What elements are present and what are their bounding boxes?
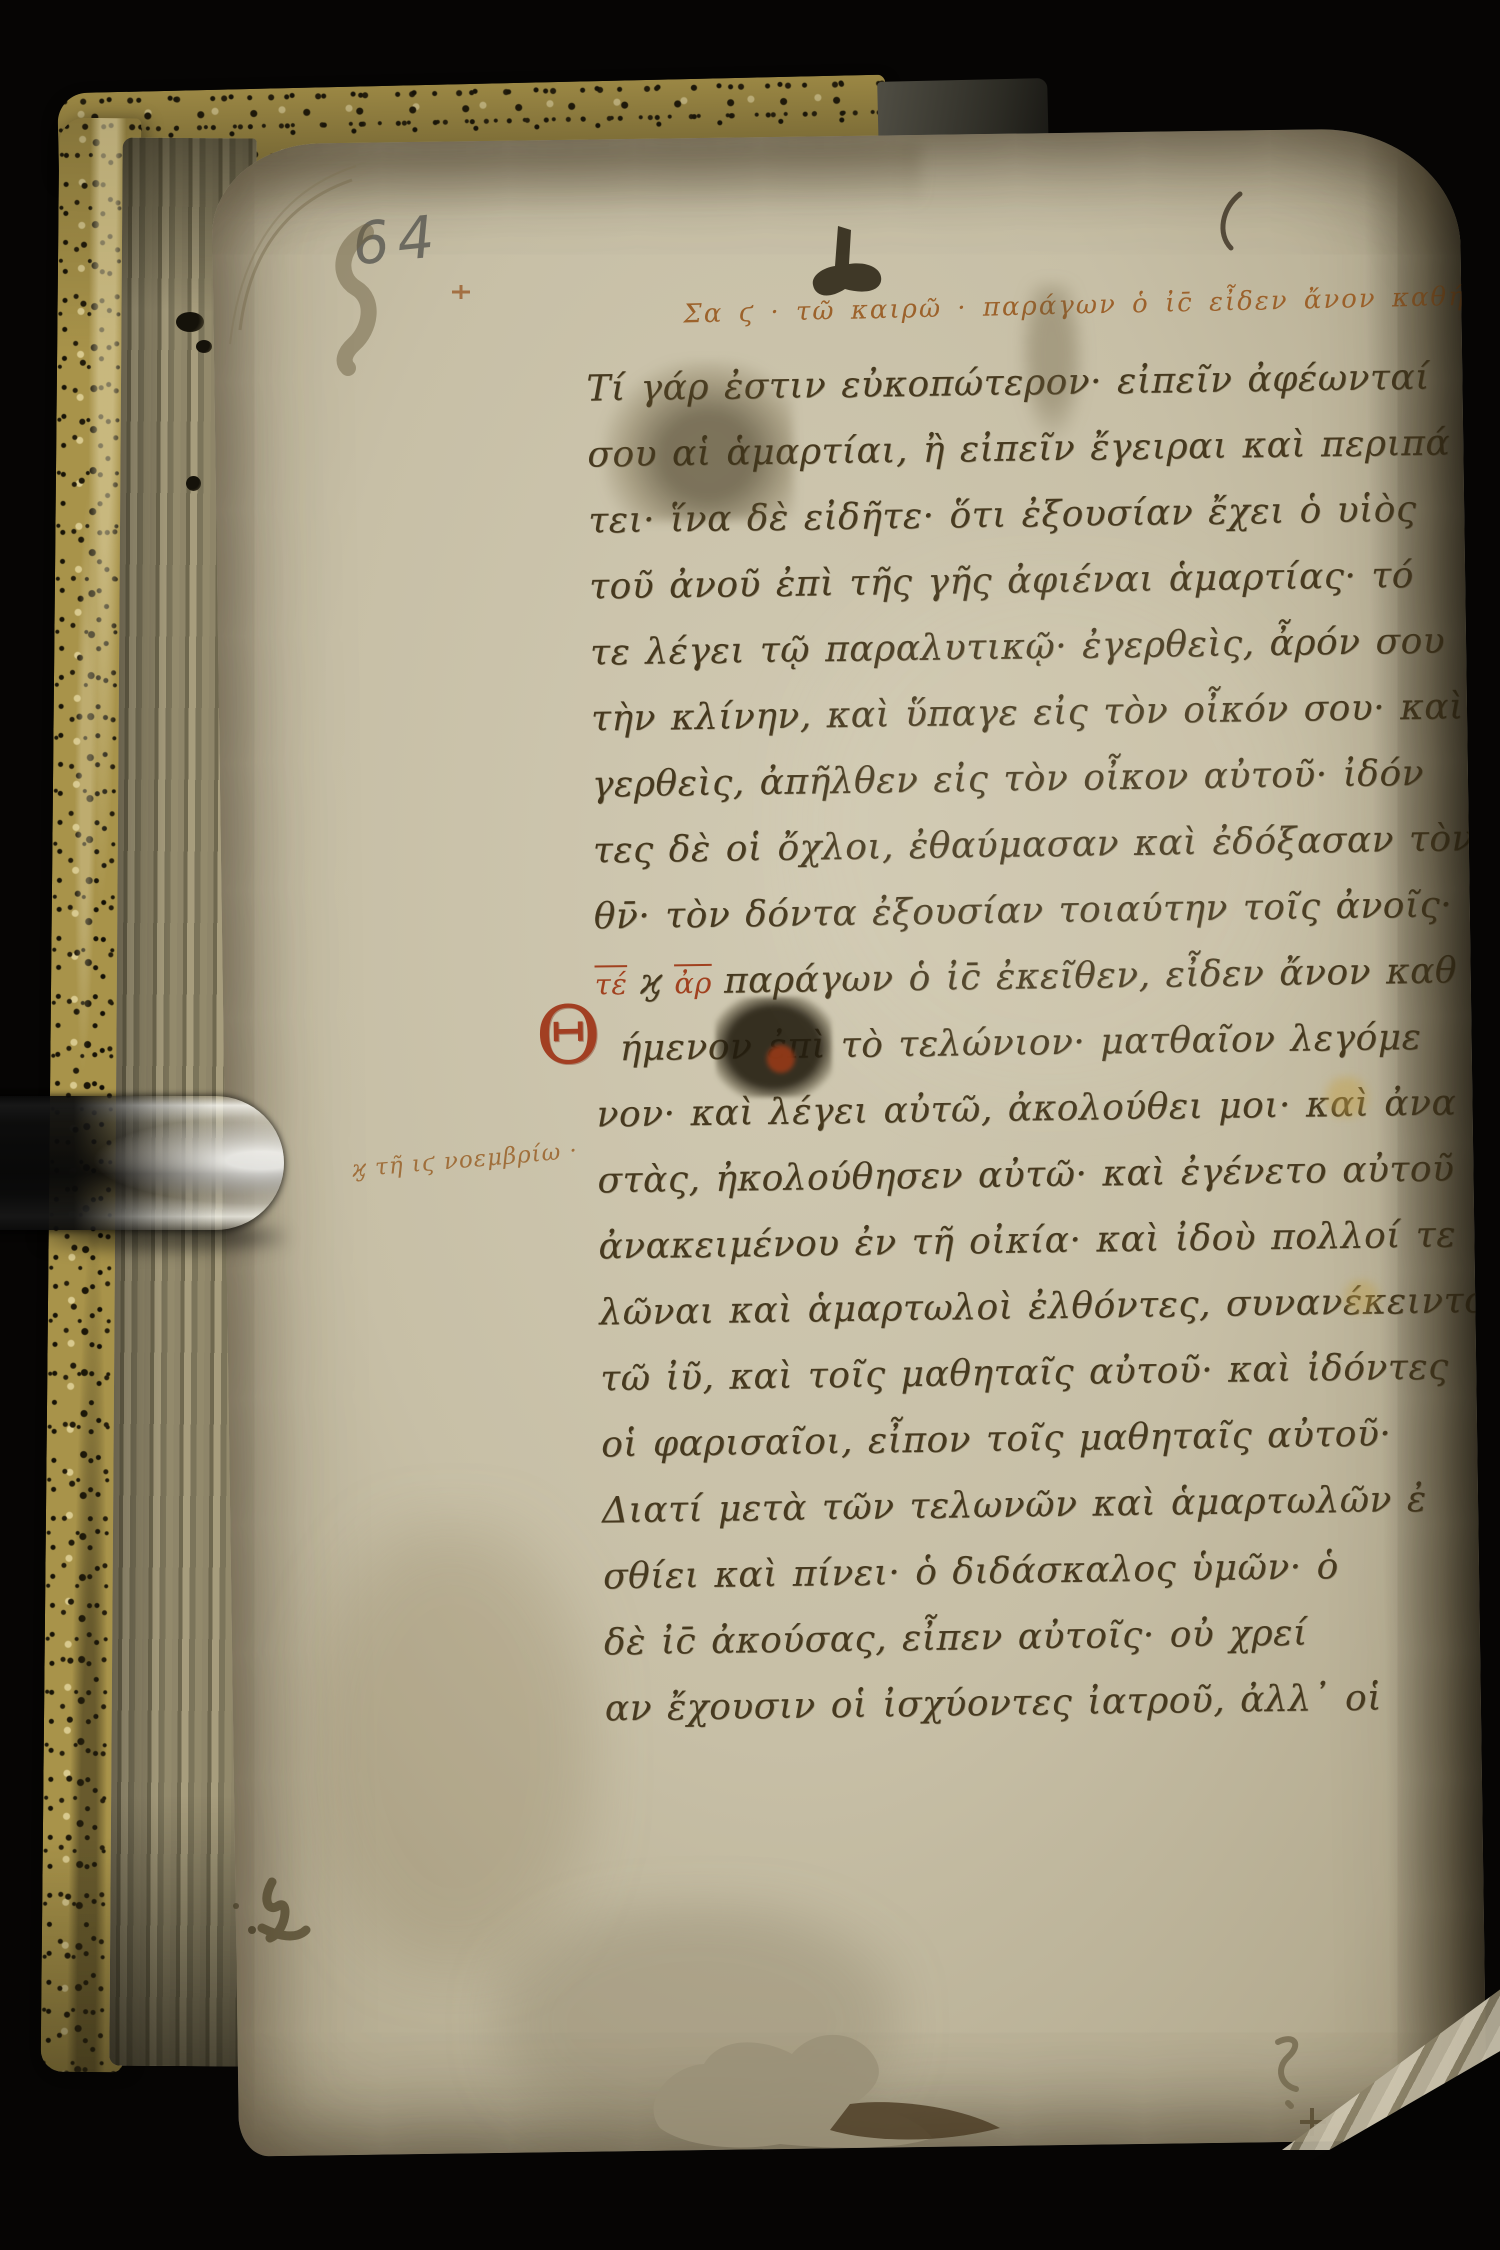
wormhole bbox=[186, 476, 201, 491]
photo-background: 64 Σα ϛ · τῶ καιρῶ · παράγων ὁ ἰϲ̄ εἶδεν… bbox=[0, 0, 1500, 2250]
text-line: στὰς, ἠκολούθησεν αὐτῶ· καὶ ἐγένετο αὐτο… bbox=[597, 1140, 1458, 1218]
gutter-shadow bbox=[1363, 127, 1487, 2140]
wormhole bbox=[176, 312, 204, 332]
arche-mark: ἀρ bbox=[674, 966, 712, 1001]
text-line: ήμενον ἐπὶ τὸ τελώνιον· ματθαῖον λεγόμε bbox=[619, 1007, 1480, 1085]
large-stain bbox=[300, 1510, 607, 1984]
text-line: δὲ ἰϲ̄ ἀκούσας, εἶπεν αὐτοῖς· οὐ χρεί bbox=[604, 1601, 1465, 1679]
text-line: σθίει καὶ πίνει· ὁ διδάσκαλος ὑμῶν· ὁ bbox=[603, 1535, 1464, 1613]
text-line: τοῦ ἀνοῦ ἐπὶ τῆς γῆς ἀφιέναι ἁμαρτίας· τ… bbox=[589, 546, 1450, 624]
kai-abbreviation: ϗ bbox=[639, 962, 663, 1003]
text-line: νον· καὶ λέγει αὐτῶ, ἀκολούθει μοι· καὶ … bbox=[596, 1074, 1457, 1152]
page-weight-rod bbox=[0, 1096, 284, 1230]
line-text: παράγων ὁ ἰϲ̄ ἐκεῖθεν, εἶδεν ἄνον καθ bbox=[724, 950, 1458, 1001]
text-line: τε λέγει τῷ παραλυτικῷ· ἐγερθεὶς, ἆρόν σ… bbox=[590, 612, 1451, 690]
text-line: τῶ ἰῦ, καὶ τοῖς μαθηταῖς αὐτοῦ· καὶ ἰδόν… bbox=[600, 1337, 1461, 1415]
wormhole bbox=[196, 340, 212, 353]
text-line: Διατί μετὰ τῶν τελωνῶν καὶ ἁμαρτωλῶν ἐ bbox=[602, 1469, 1463, 1547]
text-line: οἱ φαρισαῖοι, εἶπον τοῖς μαθηταῖς αὐτοῦ· bbox=[601, 1403, 1462, 1481]
rubric-heading: Σα ϛ · τῶ καιρῶ · παράγων ὁ ἰϲ̄ εἶδεν ἄν… bbox=[683, 282, 1443, 329]
manuscript-page: 64 Σα ϛ · τῶ καιρῶ · παράγων ὁ ἰϲ̄ εἶδεν… bbox=[211, 127, 1487, 2156]
folio-number: 64 bbox=[349, 202, 445, 279]
text-line: θν̄· τὸν δόντα ἐξουσίαν τοιαύτην τοῖς ἀν… bbox=[593, 876, 1454, 954]
text-line: τέϗἀρπαράγων ὁ ἰϲ̄ ἐκεῖθεν, εἶδεν ἄνον κ… bbox=[594, 942, 1455, 1020]
text-line: αν ἔχουσιν οἱ ἰσχύοντες ἰατροῦ, ἀλλ᾽ οἱ bbox=[604, 1667, 1465, 1745]
page-top-crease bbox=[221, 143, 922, 217]
text-line: σου αἱ ἁμαρτίαι, ἢ εἰπεῖν ἔγειραι καὶ πε… bbox=[587, 414, 1448, 492]
bottom-stain bbox=[486, 1895, 909, 2151]
text-line: τες δὲ οἱ ὄχλοι, ἐθαύμασαν καὶ ἐδόξασαν … bbox=[593, 810, 1454, 888]
text-line: γερθεὶς, ἀπῆλθεν εἰς τὸν οἶκον αὐτοῦ· ἰδ… bbox=[592, 744, 1453, 822]
drop-initial: Θ bbox=[535, 995, 602, 1076]
text-line: λῶναι καὶ ἁμαρτωλοὶ ἐλθόντες, συνανέκειν… bbox=[599, 1271, 1460, 1349]
text-line: Τί γάρ ἐστιν εὐκοπώτερον· εἰπεῖν ἀφέωντα… bbox=[586, 348, 1447, 426]
text-line: τει· ἵνα δὲ εἰδῆτε· ὅτι ἐξουσίαν ἔχει ὁ … bbox=[588, 480, 1449, 558]
margin-note: ϗ τῆ ιϛ νοεμβρίω · bbox=[351, 1138, 579, 1183]
text-line: τὴν κλίνην, καὶ ὕπαγε εἰς τὸν οἶκόν σου·… bbox=[591, 678, 1452, 756]
text-line: ἀνακειμένου ἐν τῆ οἰκία· καὶ ἰδοὺ πολλοί… bbox=[598, 1206, 1459, 1284]
